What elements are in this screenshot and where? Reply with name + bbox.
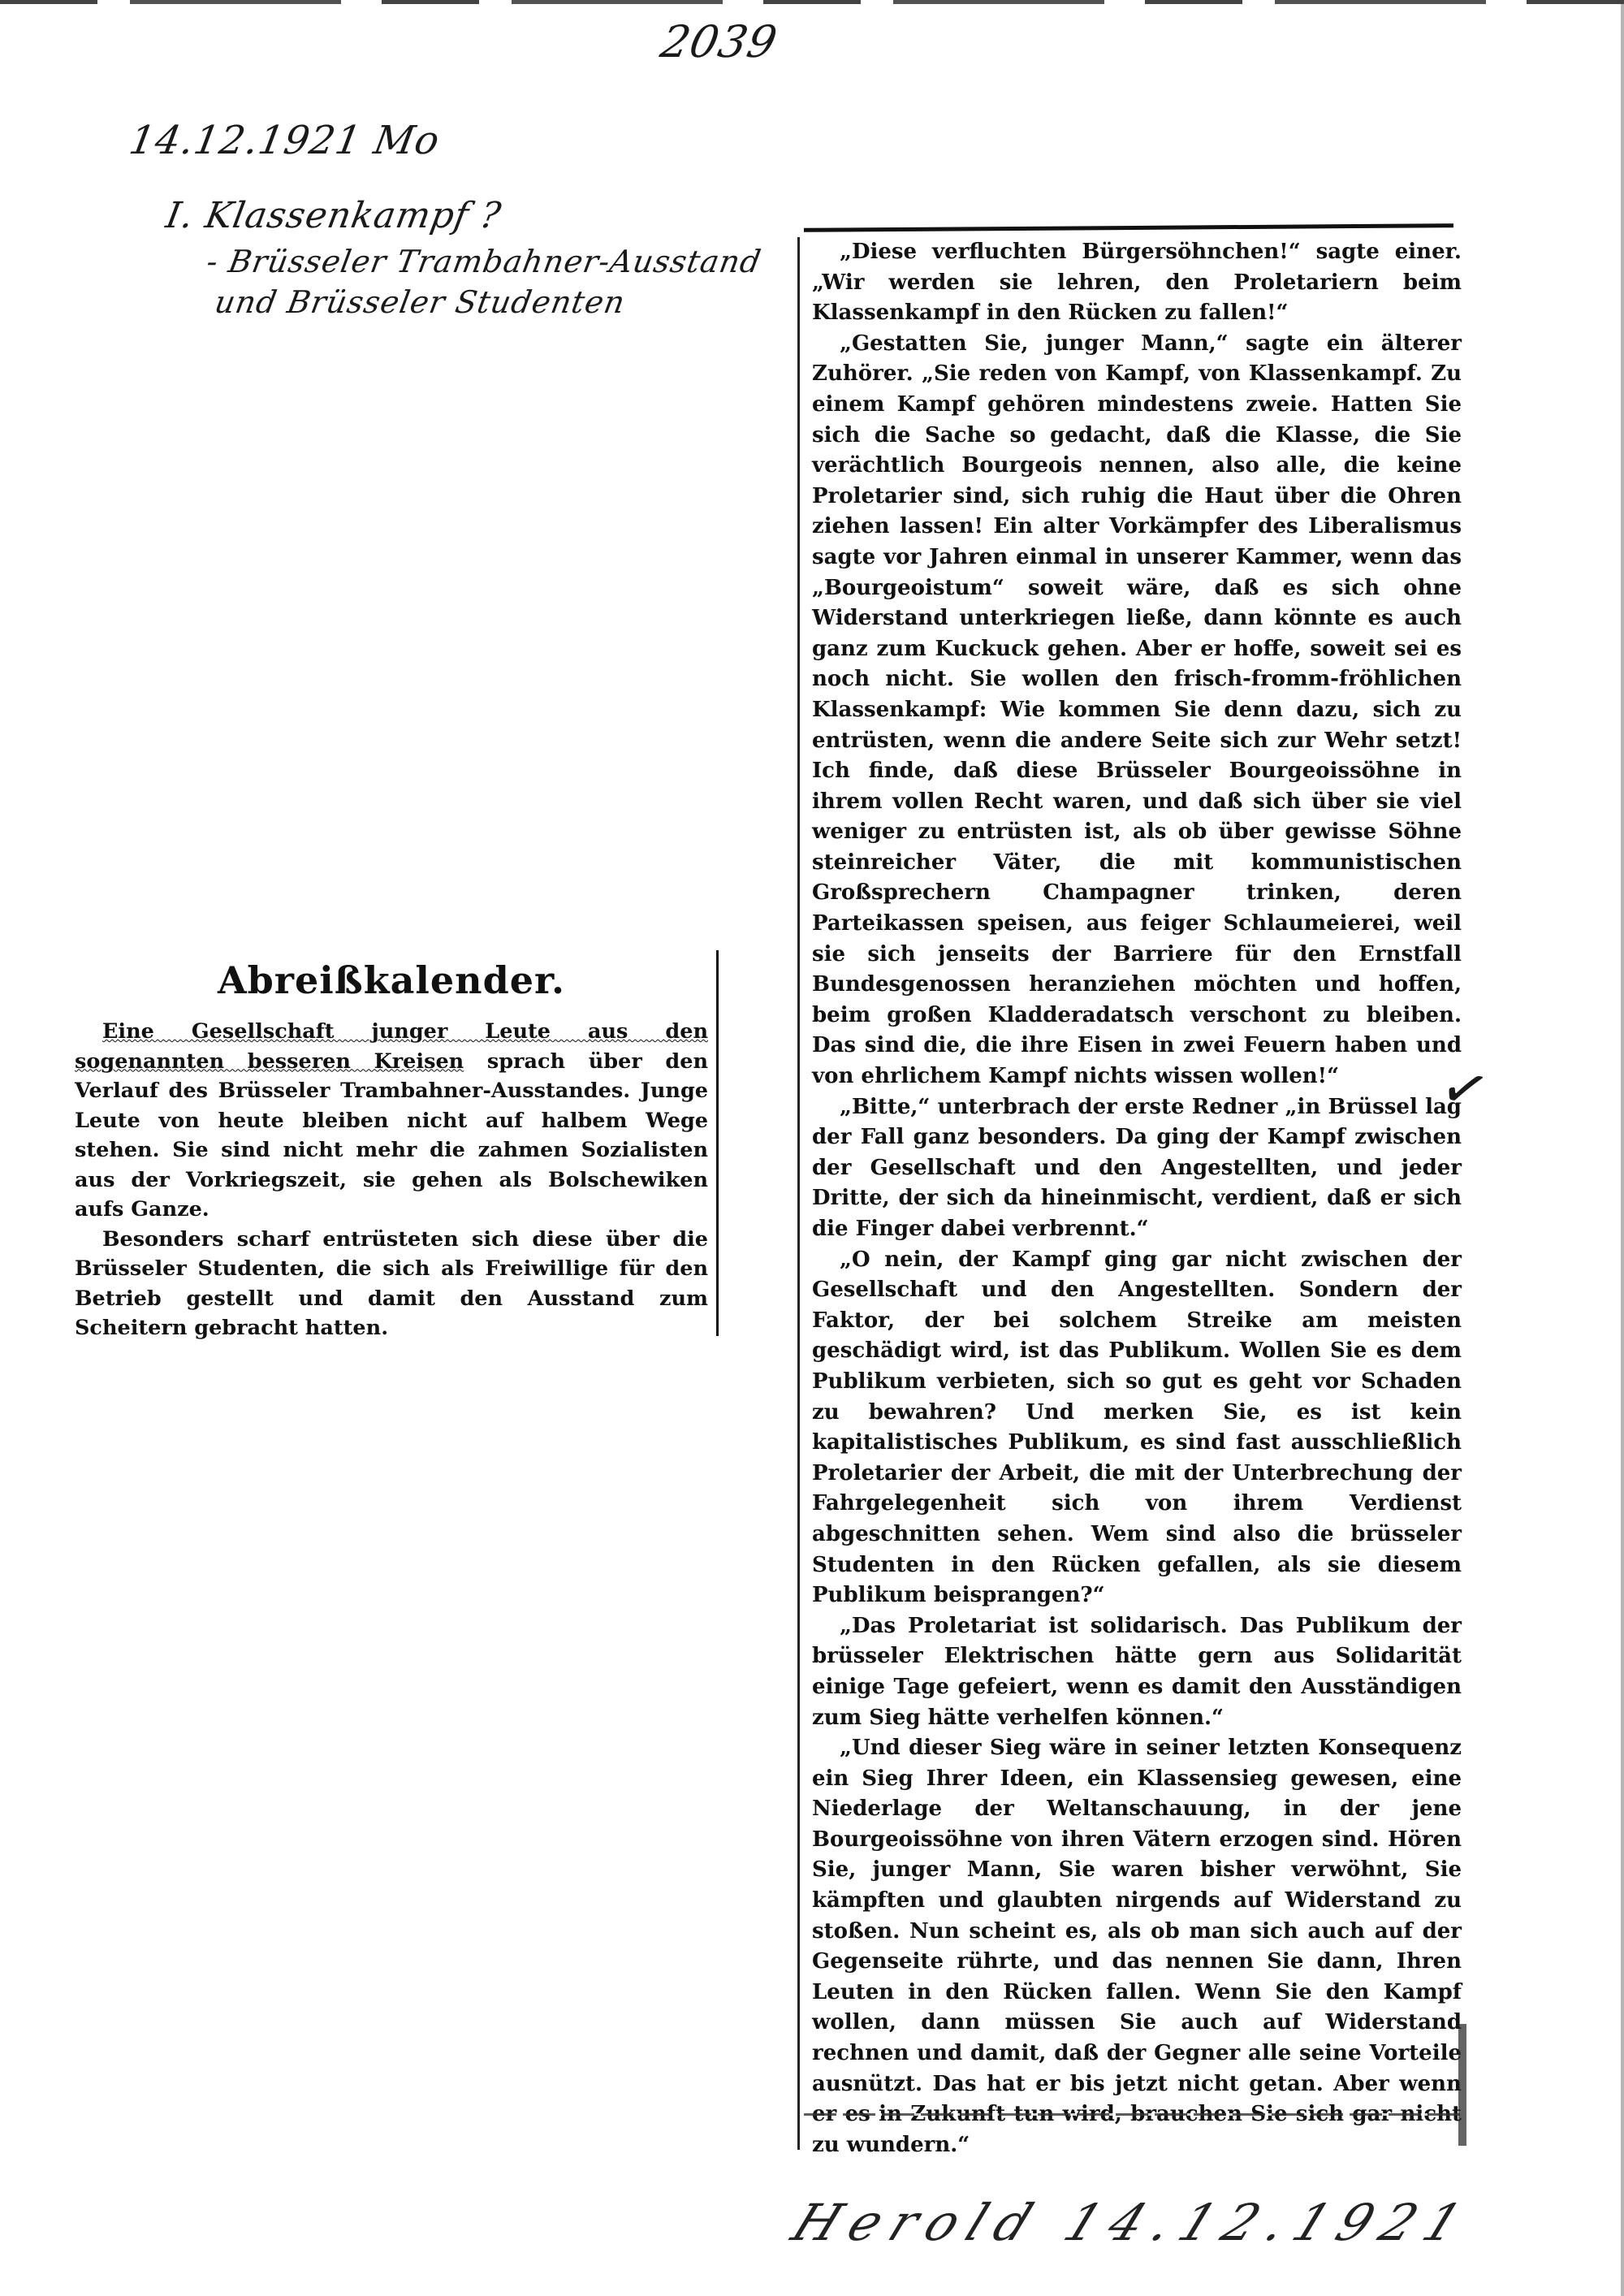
article-paragraph: „O nein, der Kampf ging gar nicht zwisch…	[812, 1245, 1462, 1611]
paragraph-text: sprach über den Verlauf des Brüsseler Tr…	[75, 1049, 708, 1222]
article-paragraph: Besonders scharf entrüsteten sich diese …	[75, 1225, 708, 1343]
handwritten-source-note: Herold 14.12.1921	[784, 2193, 1481, 2252]
handwritten-page-number: 2039	[656, 16, 782, 67]
right-article-body: „Diese verfluchten Bürgersöhnchen!“ sagt…	[812, 237, 1462, 2160]
article-paragraph: „Und dieser Sieg wäre in seiner letzten …	[812, 1733, 1462, 2160]
left-article-body: Eine Gesellschaft junger Leute aus den s…	[75, 1017, 708, 1343]
handwritten-topic-line-1: I. Klassenkampf ?	[163, 195, 505, 236]
column-rule-left	[797, 237, 800, 2150]
scan-shadow	[1458, 2024, 1466, 2146]
handwritten-topic-line-2: - Brüsseler Trambahner-Ausstand	[204, 244, 764, 279]
article-headline: Abreißkalender.	[75, 958, 708, 1002]
article-paragraph: „Diese verfluchten Bürgersöhnchen!“ sagt…	[812, 237, 1462, 329]
article-paragraph: Eine Gesellschaft junger Leute aus den s…	[75, 1017, 708, 1225]
scan-border-right	[1621, 0, 1624, 2296]
right-article-clipping: „Diese verfluchten Bürgersöhnchen!“ sagt…	[804, 237, 1470, 2162]
column-rule-top	[804, 223, 1453, 232]
article-paragraph: „Das Proletariat ist solidarisch. Das Pu…	[812, 1611, 1462, 1733]
handwritten-topic-line-3: und Brüsseler Studenten	[212, 284, 628, 320]
column-rule	[716, 950, 719, 1336]
article-paragraph: „Gestatten Sie, junger Mann,“ sagte ein …	[812, 329, 1462, 1092]
scan-border-top	[0, 0, 1624, 4]
article-paragraph: „Bitte,“ unterbrach der erste Redner „in…	[812, 1092, 1462, 1245]
left-article-clipping: Abreißkalender. Eine Gesellschaft junger…	[75, 958, 708, 1343]
handwritten-date-note: 14.12.1921 Mo	[126, 118, 443, 163]
column-rule-bottom	[804, 2113, 1462, 2116]
